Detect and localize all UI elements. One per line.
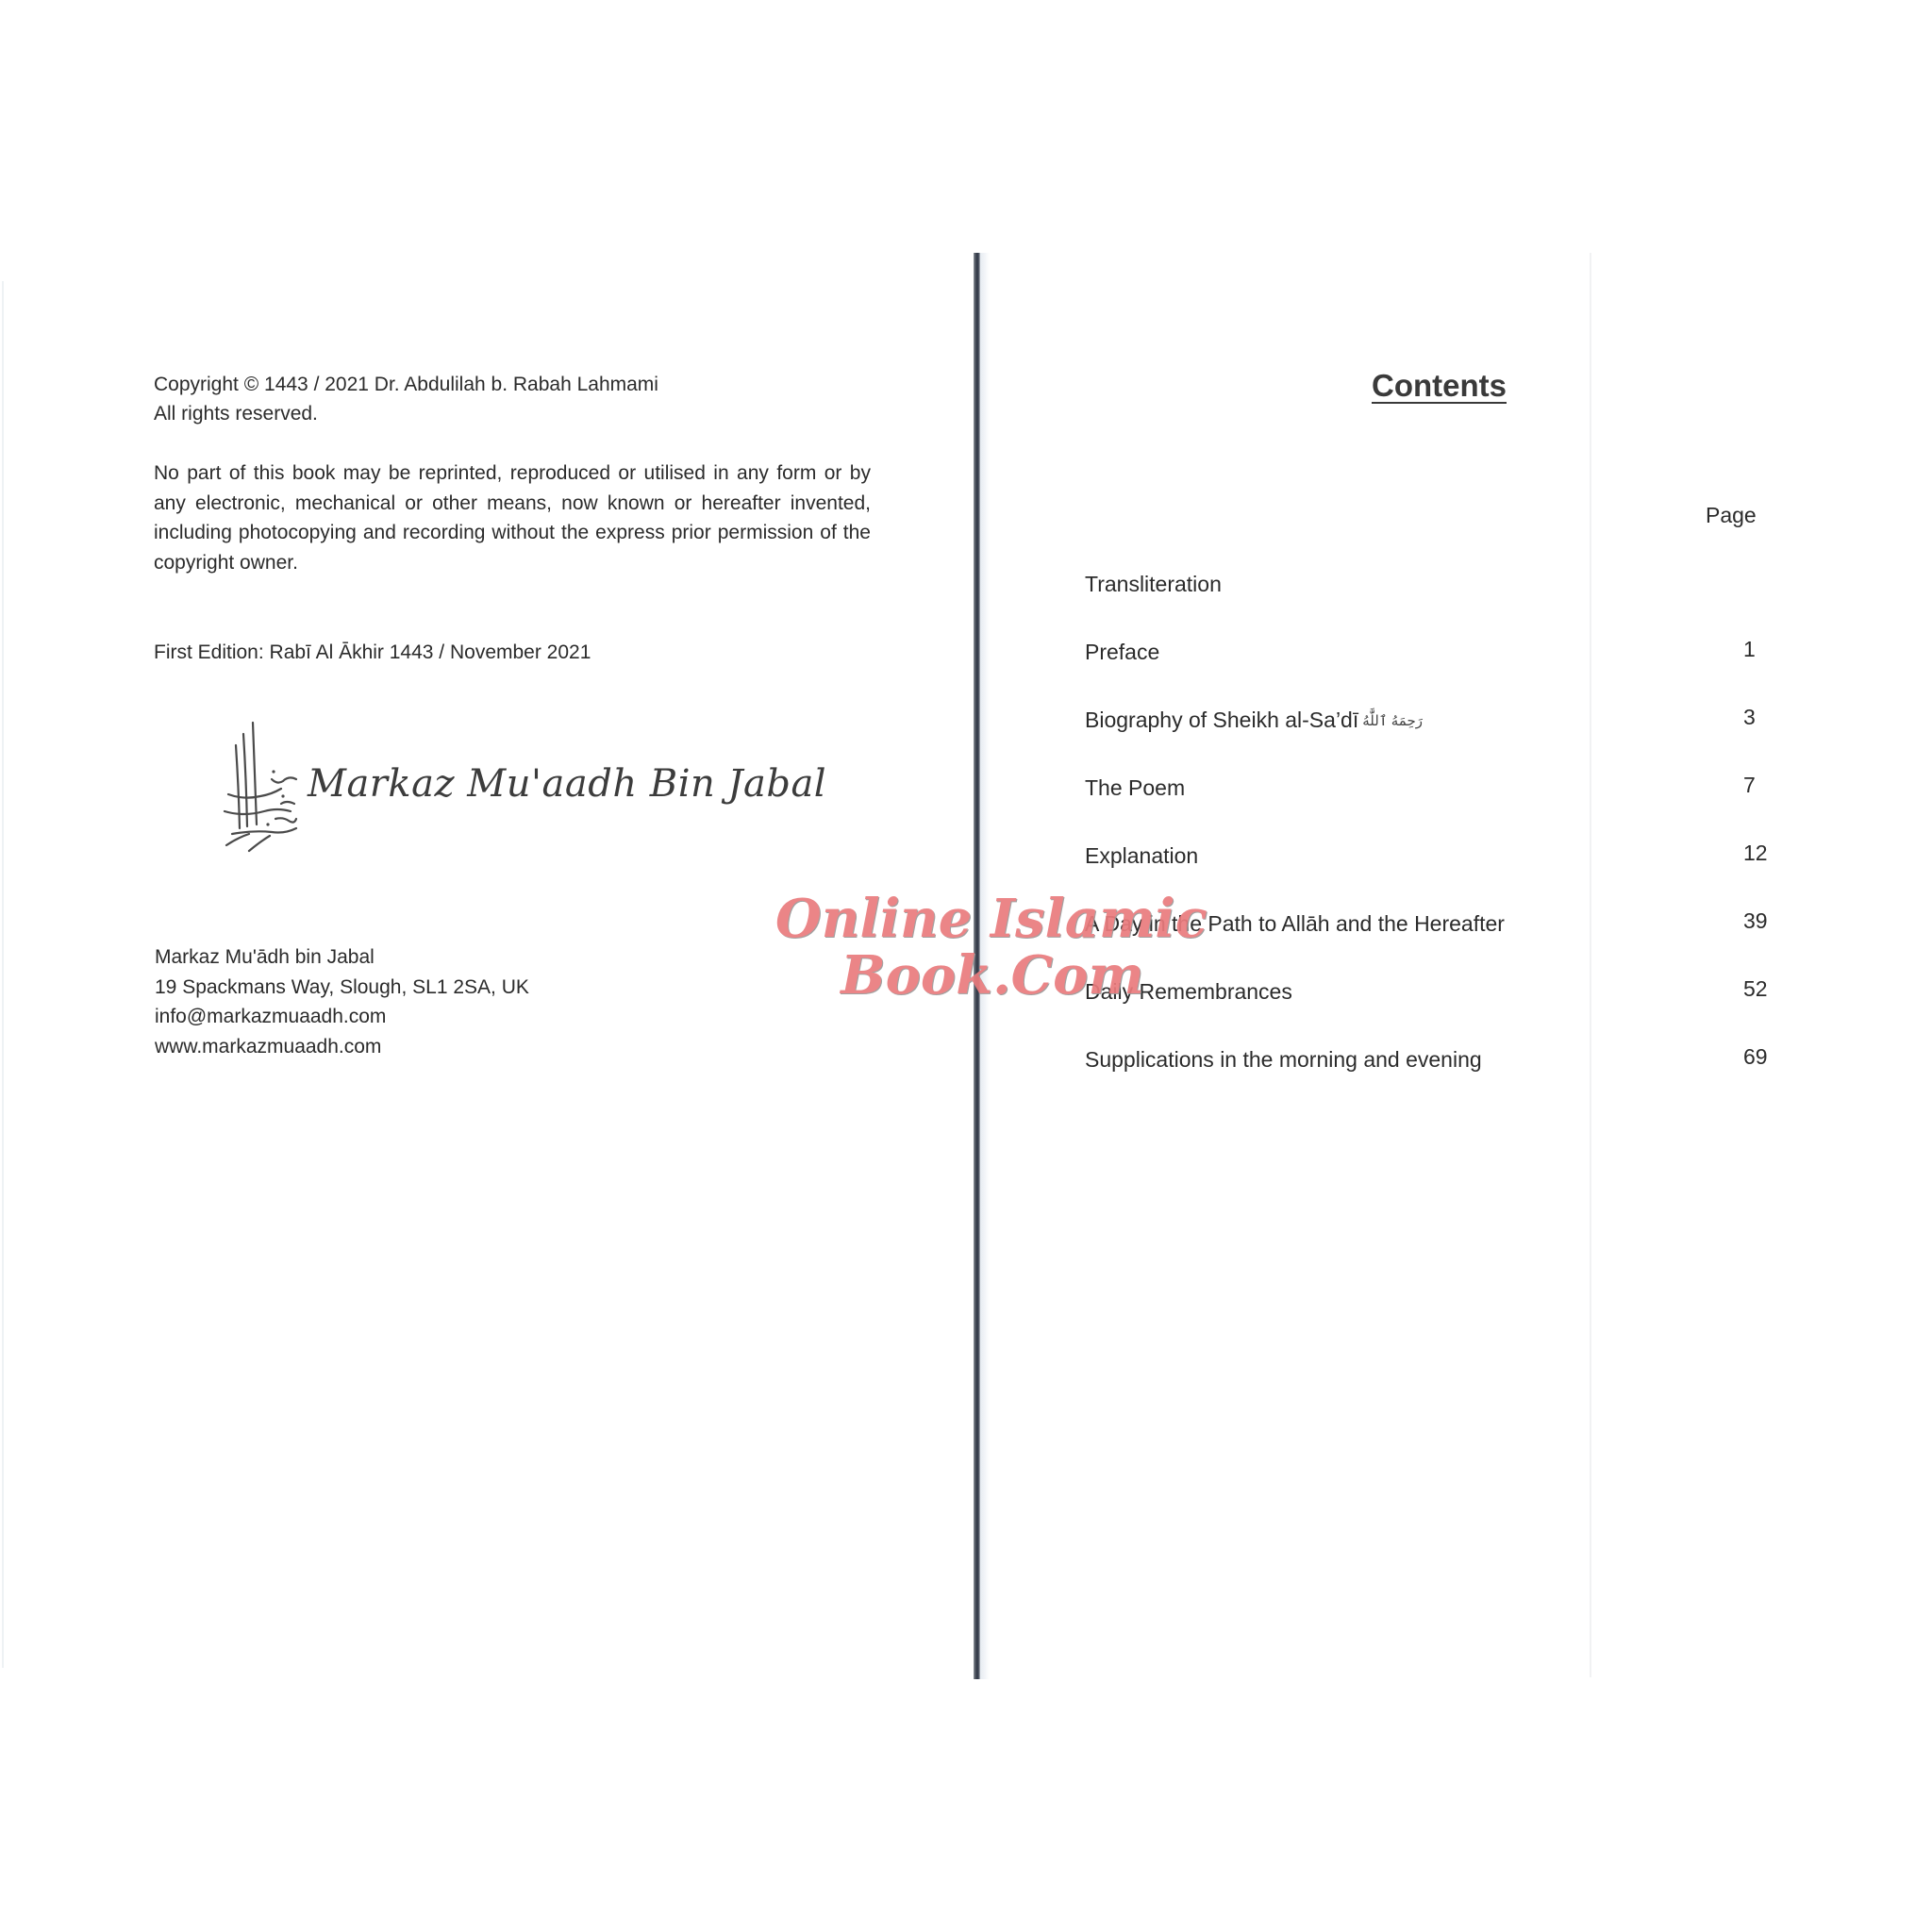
toc-entry-title: Supplications in the morning and evening — [1085, 1047, 1482, 1073]
toc-entry-title: The Poem — [1085, 775, 1185, 801]
toc-entry-title: A Day in the Path to Allāh and the Herea… — [1085, 911, 1505, 937]
publisher-logo: Markaz Mu'aadh Bin Jabal — [215, 713, 819, 855]
arabic-calligraphy-logo-icon — [215, 713, 300, 855]
publisher-street: 19 Spackmans Way, Slough, SL1 2SA, UK — [155, 973, 529, 1003]
toc-entry-title: Daily Remembrances — [1085, 979, 1292, 1005]
toc-entry: Preface 1 — [1085, 640, 1613, 674]
contents-page: Contents Page Transliteration Preface 1 … — [981, 253, 1592, 1679]
toc-entry-page: 52 — [1743, 976, 1768, 1002]
toc-entry: The Poem 7 — [1085, 775, 1613, 809]
toc-entry-title-wrap: Biography of Sheikh al-Sa’dīرَحِمَهُ ٱلل… — [1085, 708, 1423, 733]
publisher-email: info@markazmuaadh.com — [155, 1002, 529, 1032]
toc-entry: Supplications in the morning and evening… — [1085, 1047, 1613, 1081]
toc-entry-title: Explanation — [1085, 843, 1198, 869]
toc-entry-page: 7 — [1743, 773, 1756, 798]
toc-entry-title: Biography of Sheikh al-Sa’dī — [1085, 708, 1358, 732]
publisher-address: Markaz Mu'ādh bin Jabal 19 Spackmans Way… — [155, 942, 529, 1061]
toc-entry: Daily Remembrances 52 — [1085, 979, 1613, 1013]
publisher-website: www.markazmuaadh.com — [155, 1032, 529, 1062]
toc-entry-page: 12 — [1743, 841, 1768, 866]
logo-text: Markaz Mu'aadh Bin Jabal — [308, 762, 826, 806]
book-spread: Copyright © 1443 / 2021 Dr. Abdulilah b.… — [0, 253, 1594, 1679]
toc-entry: A Day in the Path to Allāh and the Herea… — [1085, 911, 1613, 945]
toc-entry: Transliteration — [1085, 572, 1613, 606]
toc-entry-title: Preface — [1085, 640, 1159, 665]
copyright-notice: Copyright © 1443 / 2021 Dr. Abdulilah b.… — [154, 370, 871, 428]
copyright-line: Copyright © 1443 / 2021 Dr. Abdulilah b.… — [154, 370, 871, 399]
honorific-calligraphy-icon: رَحِمَهُ ٱللَّٰهُ — [1362, 713, 1423, 729]
rights-reserved: All rights reserved. — [154, 399, 871, 428]
edition-line: First Edition: Rabī Al Ākhir 1443 / Nove… — [154, 638, 591, 667]
book-spine — [974, 253, 980, 1679]
toc-entry: Biography of Sheikh al-Sa’dīرَحِمَهُ ٱلل… — [1085, 708, 1613, 741]
toc-entry-page: 3 — [1743, 705, 1756, 730]
rights-paragraph: No part of this book may be reprinted, r… — [154, 458, 871, 577]
publisher-name: Markaz Mu'ādh bin Jabal — [155, 942, 529, 973]
copyright-page: Copyright © 1443 / 2021 Dr. Abdulilah b.… — [0, 253, 974, 1679]
toc-entry-page: 69 — [1743, 1044, 1768, 1070]
toc-entry-title: Transliteration — [1085, 572, 1222, 597]
toc-entry-page: 39 — [1743, 908, 1768, 934]
page-column-header: Page — [1706, 503, 1757, 528]
toc-entry-page: 1 — [1743, 637, 1756, 662]
contents-title: Contents — [1372, 368, 1507, 404]
toc-entry: Explanation 12 — [1085, 843, 1613, 877]
